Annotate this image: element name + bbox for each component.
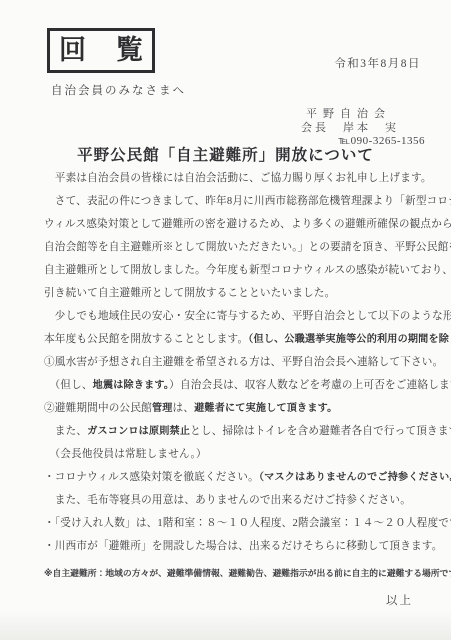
document-line: （会長他役員は常駐しません。）	[44, 445, 428, 468]
document-line: また、ガスコンロは原則禁止とし、掃除はトイレを含め避難者各自で行って頂きます。	[44, 422, 428, 445]
document-title: 平野公民館「自主避難所」開放について	[0, 143, 451, 165]
body-text: ）自治会長は、収容人数などを考慮の上可否をご連絡します。	[169, 380, 451, 391]
emphasized-text: （マスクはありませんのでご持参ください。）	[259, 472, 451, 483]
body-text: （会長他役員は常駐しません。）	[44, 449, 207, 460]
document-line: 自治会館等を自主避難所※として開放いただきたい。」との要請を頂き、平野公民館を	[44, 238, 428, 261]
circulation-stamp-label: 回覧	[59, 37, 173, 64]
body-text: ・「受け入れ人数」は、1階和室：８～１０人程度、2階会議室：１４～２０人程度です…	[44, 518, 451, 529]
scanned-notice-page: 回覧 令和3年8月8日 自治会員のみなさまへ 平野自治会 会長 岸本 実 ℡09…	[0, 0, 451, 640]
document-line: また、毛布等寝具の用意は、ありませんので出来るだけご持参ください。	[44, 491, 428, 514]
sender-role-name: 会長 岸本 実	[301, 122, 425, 136]
document-line: （但し、地震は除きます。）自治会長は、収容人数などを考慮の上可否をご連絡します。	[44, 376, 428, 399]
document-body: 平素は自治会員の皆様には自治会活動に、ご協力賜り厚くお礼申し上げます。 さて、表…	[44, 169, 428, 611]
emphasized-text: 避難者にて実施して頂きます。	[194, 403, 337, 414]
body-text: 少しでも地域住民の安心・安全に寄与するため、平野自治会として以下のような形で、	[44, 311, 451, 322]
body-text: さて、表記の件につきまして、昨年8月に川西市総務部危機管理課より「新型コロナ	[44, 196, 451, 207]
document-line: 本年度も公民館を開放することとします。（但し、公職選挙実施等公的利用の期間を除く…	[44, 330, 428, 353]
footnote-line: ※自主避難所：地域の方々が、避難準備情報、避難勧告、避難指示が出る前に自主的に避…	[44, 560, 428, 587]
body-text: 自主避難所として開放しました。今年度も新型コロナウィルスの感染が続いており、	[44, 265, 451, 276]
body-text: ②避難期間中の公民館	[44, 403, 152, 414]
sender-organization: 平野自治会	[301, 108, 425, 122]
body-text: 自治会館等を自主避難所※として開放いただきたい。」との要請を頂き、平野公民館を	[44, 242, 451, 253]
document-line: ①風水害が予想され自主避難を希望される方は、平野自治会長へ連絡して下さい。	[44, 353, 428, 376]
body-text: ①風水害が予想され自主避難を希望される方は、平野自治会長へ連絡して下さい。	[44, 357, 443, 368]
document-line: 平素は自治会員の皆様には自治会活動に、ご協力賜り厚くお礼申し上げます。	[44, 169, 428, 192]
document-date: 令和3年8月8日	[334, 55, 421, 71]
body-text: 以上	[386, 595, 413, 607]
emphasized-text: （但し、公職選挙実施等公的利用の期間を除く。）	[248, 334, 451, 345]
circulation-stamp-box: 回覧	[47, 28, 155, 73]
body-text: （但し、	[44, 380, 93, 391]
body-text: また、毛布等寝具の用意は、ありませんので出来るだけご持参ください。	[44, 495, 411, 506]
document-line: ・コロナウィルス感染対策を徹底ください。（マスクはありませんのでご持参ください。…	[44, 468, 428, 491]
document-line: さて、表記の件につきまして、昨年8月に川西市総務部危機管理課より「新型コロナ	[44, 192, 428, 215]
document-line: 自主避難所として開放しました。今年度も新型コロナウィルスの感染が続いており、	[44, 261, 428, 284]
salutation-line: 自治会員のみなさまへ	[51, 82, 186, 98]
document-line: 引き続いて自主避難所として開放することといたいました。	[44, 284, 428, 307]
body-text: ウィルス感染対策として避難所の密を避けるため、より多くの避難所確保の観点から、	[44, 219, 451, 230]
body-text: 本年度も公民館を開放することとします。	[44, 334, 248, 345]
body-text: また、	[44, 426, 87, 437]
body-text: とし、掃除はトイレを含め避難者各自で行って頂きます。	[190, 426, 451, 437]
body-text: 引き続いて自主避難所として開放することといたいました。	[44, 288, 335, 299]
document-line: ②避難期間中の公民館管理は、避難者にて実施して頂きます。	[44, 399, 428, 422]
body-text: 平素は自治会員の皆様には自治会活動に、ご協力賜り厚くお礼申し上げます。	[44, 173, 432, 184]
document-line: ウィルス感染対策として避難所の密を避けるため、より多くの避難所確保の観点から、	[44, 215, 428, 238]
body-text: ・川西市が「避難所」を開設した場合は、出来るだけそちらに移動して頂きます。	[44, 541, 443, 552]
emphasized-text: 管理	[152, 403, 173, 414]
document-line: ・「受け入れ人数」は、1階和室：８～１０人程度、2階会議室：１４～２０人程度です…	[44, 514, 428, 537]
emphasized-text: ガスコンロは原則禁止	[87, 426, 190, 437]
body-text: ・コロナウィルス感染対策を徹底ください。	[44, 472, 259, 483]
document-line: ・川西市が「避難所」を開設した場合は、出来るだけそちらに移動して頂きます。	[44, 537, 428, 560]
body-text: ※自主避難所：地域の方々が、避難準備情報、避難勧告、避難指示が出る前に自主的に避…	[44, 568, 451, 578]
body-text: は、	[173, 403, 195, 414]
closing-line: 以上	[44, 591, 428, 611]
emphasized-text: 地震は除きます。	[93, 380, 170, 391]
document-line: 少しでも地域住民の安心・安全に寄与するため、平野自治会として以下のような形で、	[44, 307, 428, 330]
